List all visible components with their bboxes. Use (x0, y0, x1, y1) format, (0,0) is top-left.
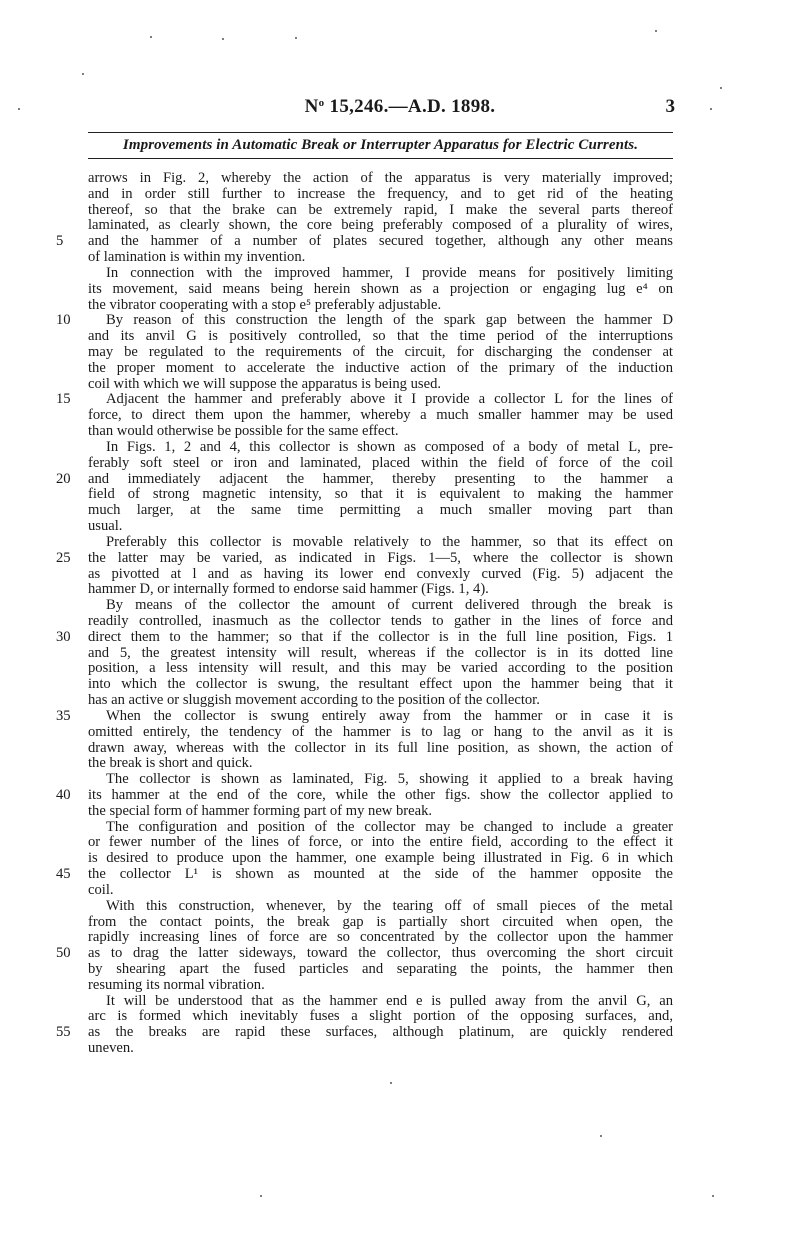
line-number: 30 (56, 629, 78, 645)
text-line: uneven. (88, 1040, 673, 1056)
text-line: the special form of hammer forming part … (88, 803, 673, 819)
text-line: hammer D, or internally formed to endors… (88, 581, 673, 597)
text-line: arrows in Fig. 2, whereby the action of … (88, 170, 673, 186)
patent-page: No 15,246.—A.D. 1898. 3 Improvements in … (0, 0, 800, 1234)
text-line: field of strong magnetic intensity, so t… (88, 486, 673, 502)
patent-number-heading: No 15,246.—A.D. 1898. (0, 96, 800, 118)
text-line: Preferably this collector is movable rel… (106, 534, 673, 550)
text-line: usual. (88, 518, 673, 534)
line-number: 55 (56, 1024, 78, 1040)
text-line: In connection with the improved hammer, … (106, 265, 673, 281)
text-line: The configuration and position of the co… (106, 819, 673, 835)
line-number: 5 (56, 233, 78, 249)
text-line: has an active or sluggish movement accor… (88, 692, 673, 708)
text-line: laminated, as clearly shown, the core be… (88, 217, 673, 233)
text-line: omitted entirely, the tendency of the ha… (88, 724, 673, 740)
text-line: rapidly increasing lines of force are so… (88, 929, 673, 945)
text-line: as the breaks are rapid these surfaces, … (88, 1024, 673, 1040)
text-line: as pivotted at l and as having its lower… (88, 566, 673, 582)
text-line: is desired to produce upon the hammer, o… (88, 850, 673, 866)
text-line: the collector L¹ is shown as mounted at … (88, 866, 673, 882)
text-line: By reason of this construction the lengt… (106, 312, 673, 328)
text-line: coil. (88, 882, 673, 898)
text-line: the latter may be varied, as indicated i… (88, 550, 673, 566)
text-line: direct them to the hammer; so that if th… (88, 629, 673, 645)
scan-speck (710, 108, 712, 110)
line-number: 10 (56, 312, 78, 328)
line-number: 15 (56, 391, 78, 407)
scan-speck (260, 1195, 262, 1197)
page-number: 3 (655, 96, 675, 118)
line-number: 45 (56, 866, 78, 882)
text-line: by shearing apart the fused particles an… (88, 961, 673, 977)
line-number: 50 (56, 945, 78, 961)
text-line: readily controlled, inasmuch as the coll… (88, 613, 673, 629)
text-line: With this construction, whenever, by the… (106, 898, 673, 914)
scan-speck (82, 73, 84, 75)
text-line: In Figs. 1, 2 and 4, this collector is s… (106, 439, 673, 455)
scan-speck (600, 1135, 602, 1137)
text-line: When the collector is swung entirely awa… (106, 708, 673, 724)
text-line: Adjacent the hammer and preferably above… (106, 391, 673, 407)
text-line: position, a less intensity will result, … (88, 660, 673, 676)
text-line: than would otherwise be possible for the… (88, 423, 673, 439)
text-line: as to drag the latter sideways, toward t… (88, 945, 673, 961)
text-line: and the hammer of a number of plates sec… (88, 233, 673, 249)
header-rule-bottom (88, 158, 673, 159)
scan-speck (712, 1195, 714, 1197)
scan-speck (655, 30, 657, 32)
scan-speck (222, 38, 224, 40)
text-line: coil with which we will suppose the appa… (88, 376, 673, 392)
scan-speck (18, 108, 20, 110)
text-line: the vibrator cooperating with a stop e⁵ … (88, 297, 673, 313)
text-line: resuming its normal vibration. (88, 977, 673, 993)
text-line: thereof, so that the brake can be extrem… (88, 202, 673, 218)
text-line: force, to direct them upon the hammer, w… (88, 407, 673, 423)
line-number: 40 (56, 787, 78, 803)
scan-speck (295, 37, 297, 39)
text-line: the proper moment to accelerate the indu… (88, 360, 673, 376)
text-line: may be regulated to the requirements of … (88, 344, 673, 360)
number-prefix: N (305, 96, 319, 117)
scan-speck (390, 1082, 392, 1084)
text-line: and in order still further to increase t… (88, 186, 673, 202)
patent-number-and-year: 15,246.—A.D. 1898. (324, 96, 495, 117)
text-line: It will be understood that as the hammer… (106, 993, 673, 1009)
text-line: or fewer number of the lines of force, o… (88, 834, 673, 850)
line-number: 25 (56, 550, 78, 566)
text-line: its movement, said means being herein sh… (88, 281, 673, 297)
text-line: and 5, the greatest intensity will resul… (88, 645, 673, 661)
text-line: and immediately adjacent the hammer, the… (88, 471, 673, 487)
text-line: By means of the collector the amount of … (106, 597, 673, 613)
text-line: the break is short and quick. (88, 755, 673, 771)
running-title: Improvements in Automatic Break or Inter… (88, 137, 673, 154)
line-number: 20 (56, 471, 78, 487)
text-line: of lamination is within my invention. (88, 249, 673, 265)
text-line: from the contact points, the break gap i… (88, 914, 673, 930)
text-line: much larger, at the same time permitting… (88, 502, 673, 518)
line-number: 35 (56, 708, 78, 724)
header-rule-top (88, 132, 673, 133)
text-line: arc is formed which inevitably fuses a s… (88, 1008, 673, 1024)
scan-speck (150, 36, 152, 38)
text-line: and its anvil G is positively controlled… (88, 328, 673, 344)
text-line: its hammer at the end of the core, while… (88, 787, 673, 803)
text-line: into which the collector is swung, the r… (88, 676, 673, 692)
text-line: drawn away, whereas with the collector i… (88, 740, 673, 756)
text-line: The collector is shown as laminated, Fig… (106, 771, 673, 787)
text-line: ferably soft steel or iron and laminated… (88, 455, 673, 471)
scan-speck (720, 87, 722, 89)
